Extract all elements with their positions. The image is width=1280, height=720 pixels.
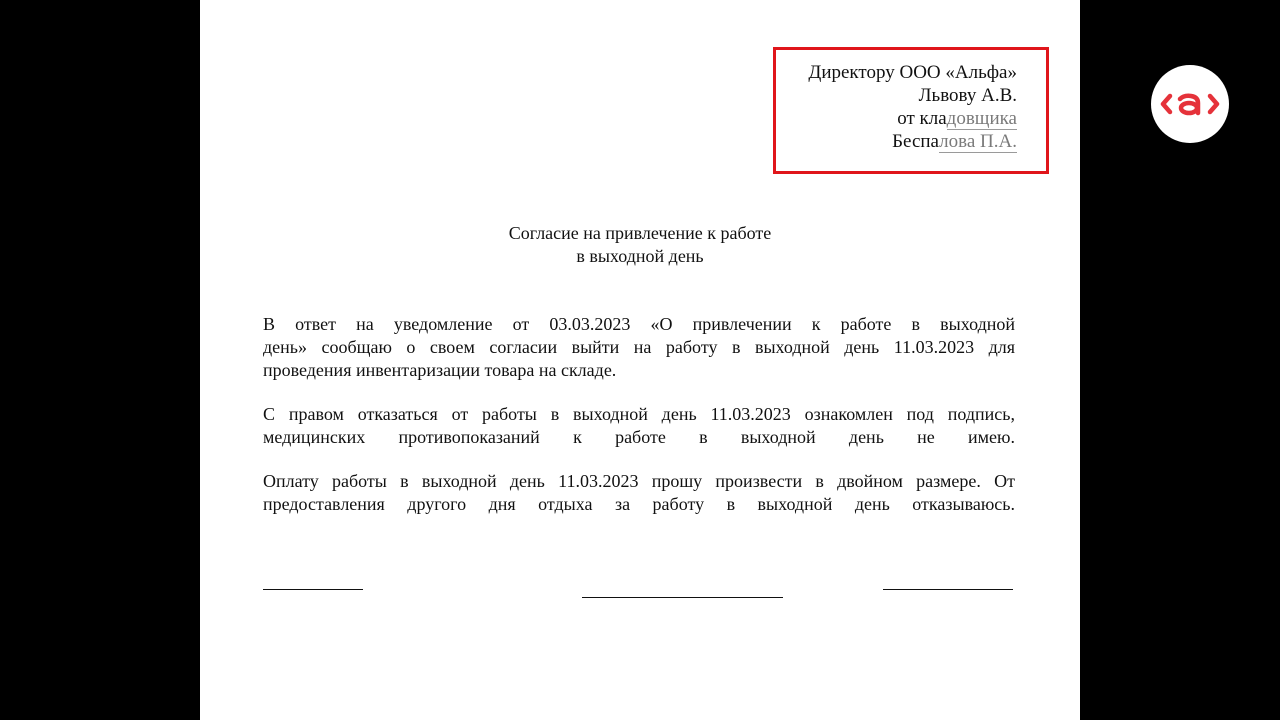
addressee-name: Львову А.В. — [919, 84, 1017, 107]
document-page: Директору ООО «Альфа» Львову А.В. от кла… — [200, 0, 1080, 720]
paragraph-acknowledgement: С правом отказаться от работы в выходной… — [263, 403, 1015, 449]
addressee-director: Директору ООО «Альфа» — [808, 61, 1017, 84]
alfa-logo — [1151, 65, 1229, 143]
paragraph-payment: Оплату работы в выходной день 11.03.2023… — [263, 470, 1015, 516]
sender-position-field: довщика — [947, 108, 1017, 130]
document-title: Согласие на привлечение к работе в выход… — [200, 222, 1080, 268]
alfa-logo-icon — [1160, 89, 1220, 119]
paragraph-consent: В ответ на уведомление от 03.03.2023 «О … — [263, 313, 1015, 382]
sender-position: от кладовщика — [897, 107, 1017, 130]
sender-name: Беспалова П.А. — [892, 130, 1017, 153]
name-line — [883, 589, 1013, 590]
signature-line — [582, 597, 783, 598]
sender-name-field: лова П.А. — [939, 131, 1017, 153]
addressee-block: Директору ООО «Альфа» Львову А.В. от кла… — [773, 47, 1049, 174]
date-line — [263, 589, 363, 590]
